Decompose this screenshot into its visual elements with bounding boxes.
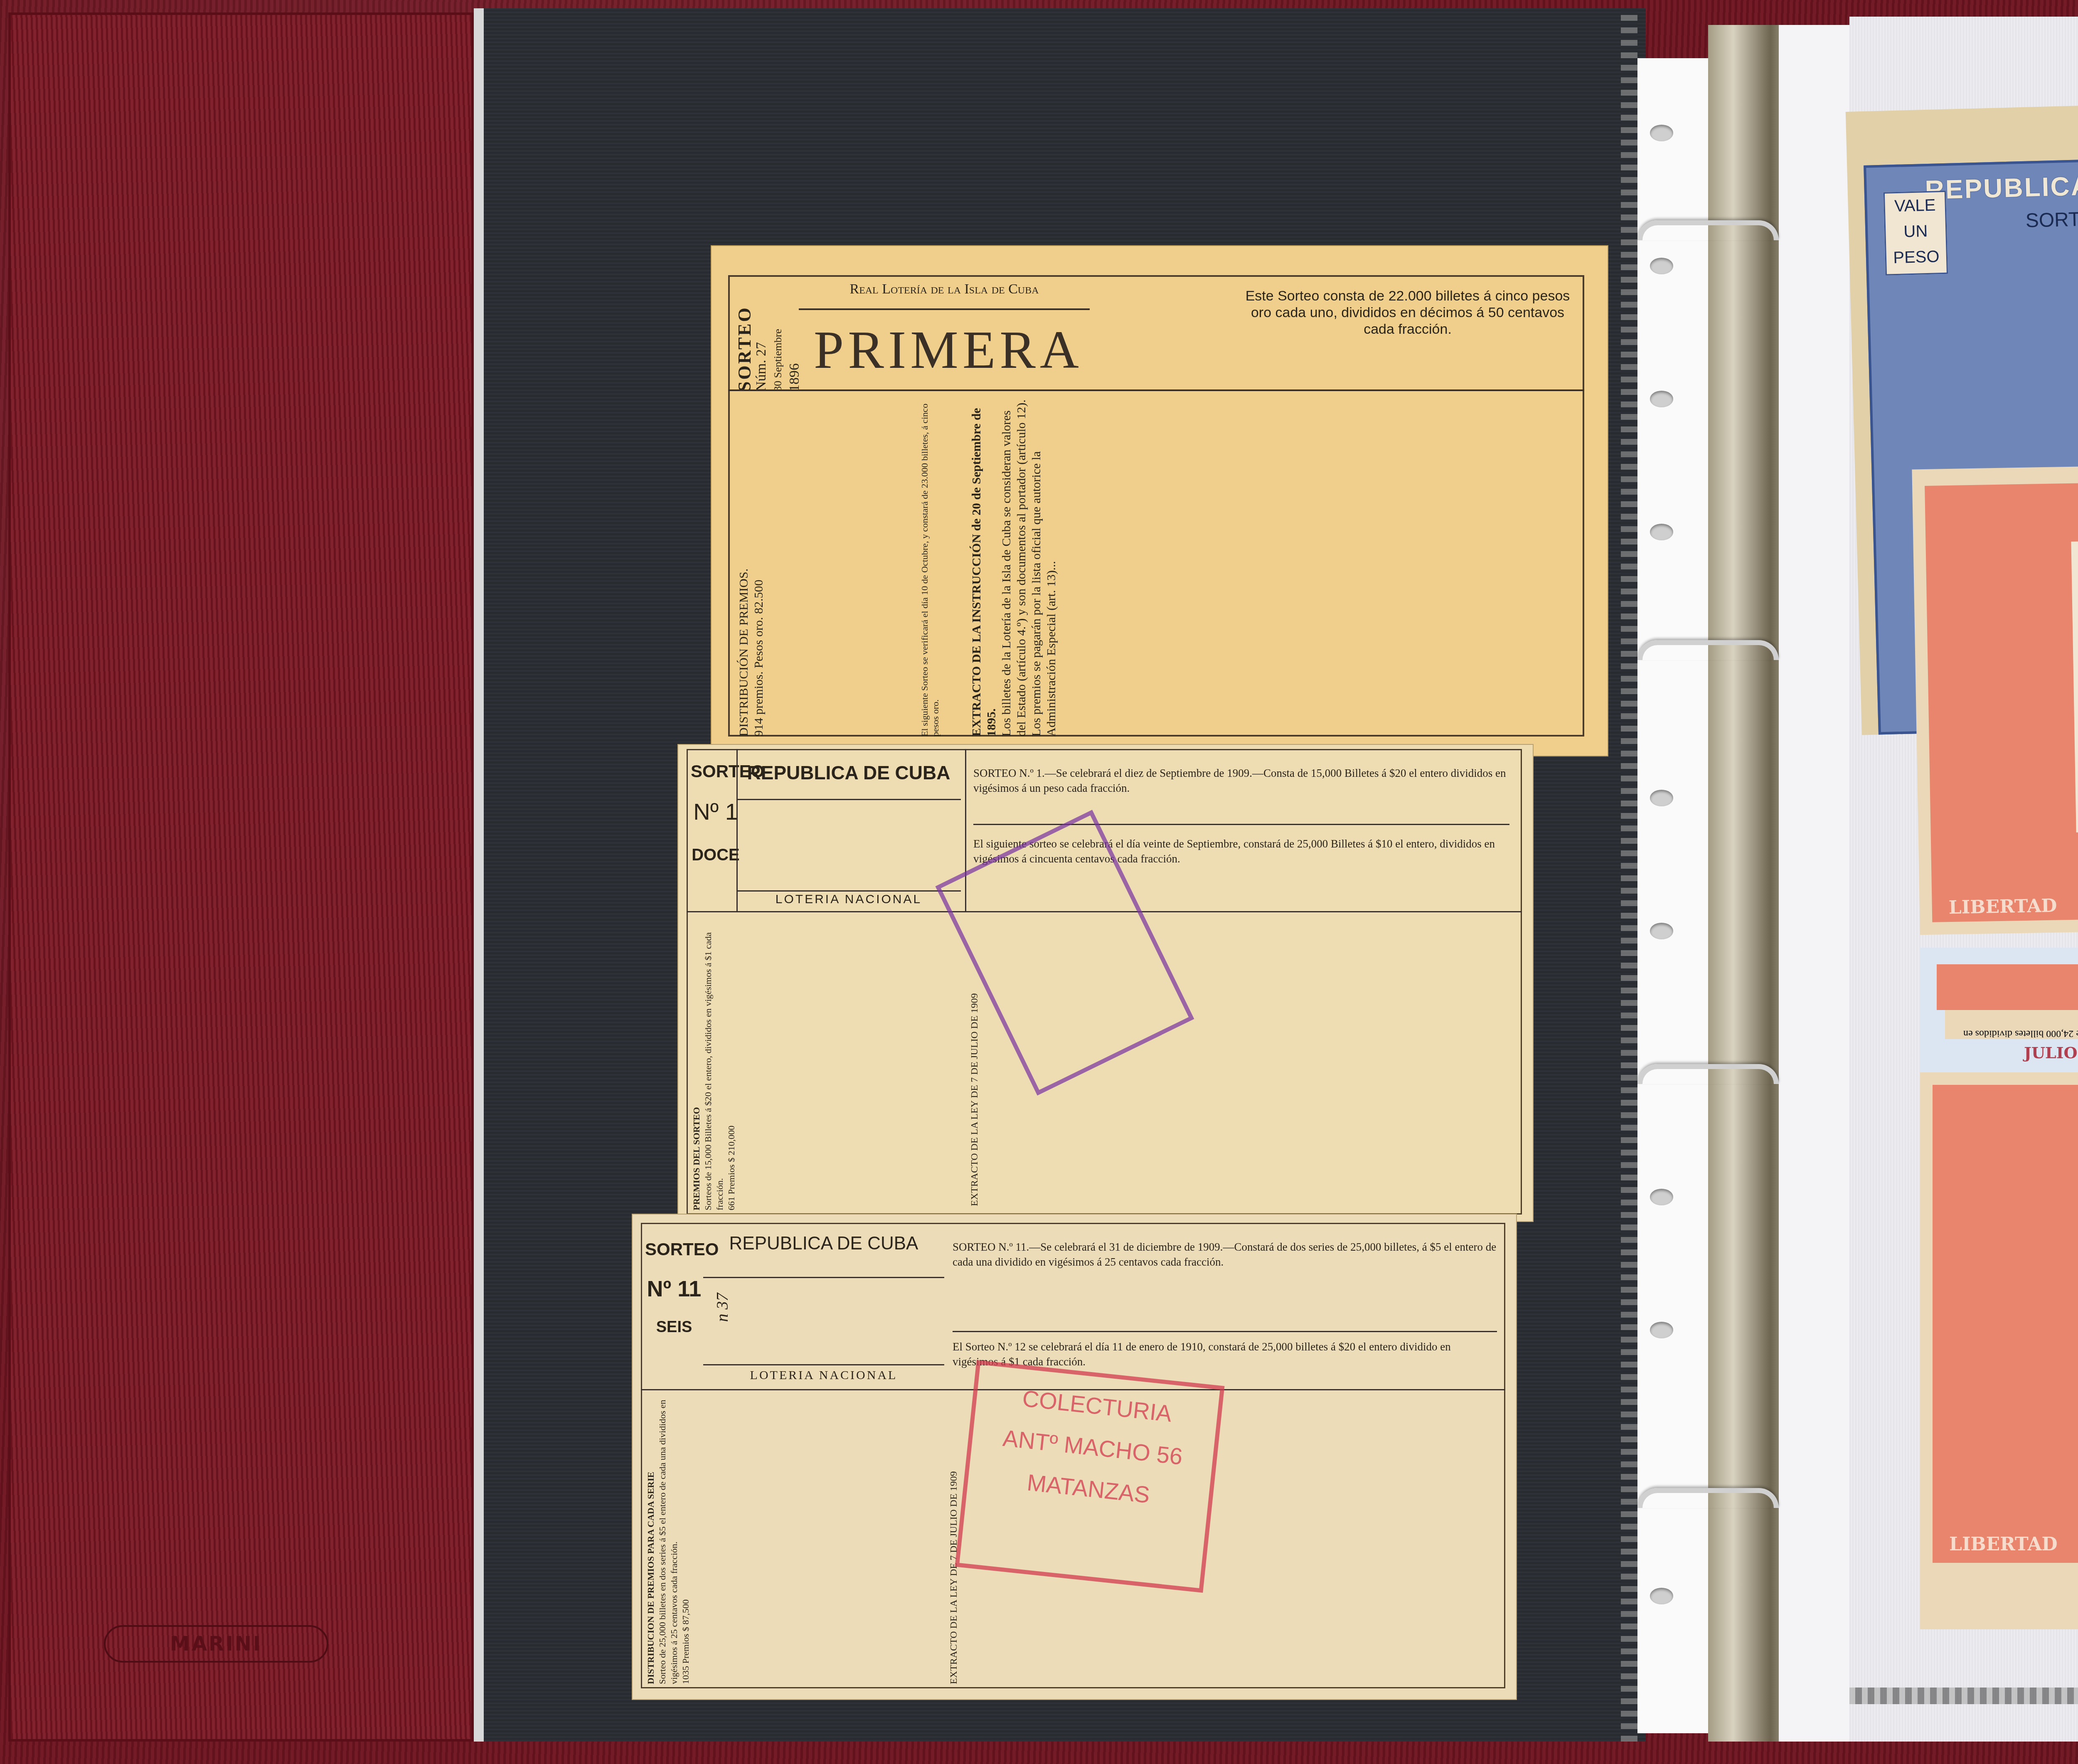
- punch-hole: [1650, 1322, 1673, 1338]
- left-page-sleeve-seam: [1621, 8, 1637, 1742]
- ticket-side-label: SORTEO Núm. 27 30 Septiembre 1896: [736, 283, 799, 392]
- ticket-header: REPUBLICA DE CUBA: [741, 761, 957, 784]
- clipping-text: de Agosto de 1912.—Consta de 24,000 bill…: [1945, 1010, 2078, 1039]
- ticket-subheader: SORTEO Nº 223 • EXTRAORDINARIO: [2025, 197, 2078, 232]
- left-page-binding-strip: [1637, 58, 1708, 1733]
- ticket-header: REPUBLICA DE CUBA: [707, 1233, 940, 1254]
- binder-ring[interactable]: [1637, 1064, 1779, 1084]
- prize-distribution: DISTRIBUCIÓN DE PREMIOS. 914 premios. Pe…: [736, 396, 911, 737]
- prize-table: PREMIOS DEL SORTEO Sorteos de 15,000 Bil…: [691, 915, 957, 1210]
- punch-hole: [1650, 923, 1673, 939]
- ticket-orange-104-44: LOTERIA NACIONAL SORTEO Nº 104 04383 CER…: [1912, 453, 2078, 935]
- ticket-overprint: PRIMERA: [803, 317, 1094, 383]
- binder-ring[interactable]: [1637, 640, 1779, 660]
- ticket-1909-no1: SORTEO Nº 1 DOCE REPUBLICA DE CUBA LOTER…: [677, 744, 1534, 1222]
- ticket-1896: SORTEO Núm. 27 30 Septiembre 1896 Real L…: [711, 245, 1608, 756]
- sleeve-bottom-seam: [1849, 1688, 2078, 1704]
- libertad-label: LIBERTAD: [1949, 1534, 2058, 1555]
- punch-hole: [1650, 125, 1673, 141]
- punch-hole: [1650, 258, 1673, 274]
- ticket-orange-104-9: REPUBLICA DE CUBA LOTERIA NACIONAL SORTE…: [1920, 1072, 2078, 1629]
- draw-info: SORTEO N.º 1.—Se celebrará el diez de Se…: [973, 766, 1509, 796]
- ticket-header: Real Lotería de la Isla de Cuba: [807, 281, 1081, 297]
- binder-ring[interactable]: [1637, 1488, 1779, 1508]
- next-draw-note: El siguiente Sorteo se verificará el día…: [919, 396, 953, 737]
- prize-table: DISTRIBUCION DE PREMIOS PARA CADA SERIE …: [645, 1393, 936, 1684]
- libertad-label: LIBERTAD: [1948, 895, 2057, 919]
- ticket-footer: LOTERIA NACIONAL: [707, 1368, 940, 1382]
- right-page-binding-strip: [1779, 25, 1849, 1742]
- value-box: VALE UN PESO: [1883, 191, 1948, 276]
- punch-hole: [1650, 790, 1673, 806]
- draw-info: SORTEO N.º 11.—Se celebrará el 31 de dic…: [953, 1239, 1497, 1269]
- ticket-info: Este Sorteo consta de 22.000 billetes á …: [1239, 288, 1576, 338]
- punch-hole: [1650, 1189, 1673, 1205]
- ticket-side-label: SORTEO Nº 11 SEIS: [645, 1239, 703, 1336]
- next-draw-info: El Sorteo N.º 12 se celebrará el día 11 …: [953, 1339, 1497, 1369]
- punch-hole: [1650, 1588, 1673, 1604]
- collector-stamp: COLECTURIA ANTº MACHO 56 MATANZAS: [955, 1360, 1225, 1593]
- binder-ring[interactable]: [1637, 220, 1779, 240]
- album-cover-left-panel: [8, 12, 474, 1742]
- handwritten-note: n 37: [712, 1293, 732, 1322]
- strip-date: JULIO 17 DE 1940: [2024, 1043, 2078, 1062]
- main-panel: [2071, 532, 2078, 832]
- ticket-1909-no11: SORTEO Nº 11 SEIS REPUBLICA DE CUBA n 37…: [632, 1214, 1517, 1700]
- extract-text: EXTRACTO DE LA INSTRUCCIÓN de 20 de Sept…: [969, 396, 1568, 737]
- punch-hole: [1650, 391, 1673, 407]
- ticket-footer: LOTERIA NACIONAL: [741, 892, 957, 907]
- ticket-header: REPUBLICA DE CUBA • LOTERIA NACIONAL: [1925, 158, 2078, 205]
- album-brand-logo: MARINI: [104, 1625, 328, 1663]
- punch-hole: [1650, 524, 1673, 540]
- ticket-side-label: SORTEO Nº 1 DOCE: [691, 761, 741, 865]
